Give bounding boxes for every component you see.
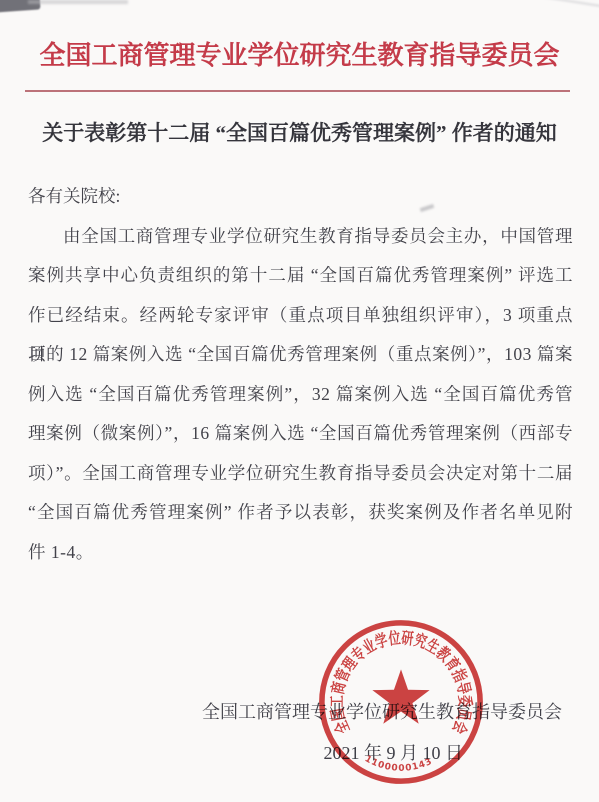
notice-paragraph: 由全国工商管理专业学位研究生教育指导委员会主办，中国管理案例共享中心负责组织的第… (28, 217, 573, 573)
body-text-line: 案例共享中心负责组织的第十二届 “全国百篇优秀管理案例” 评选工 (28, 256, 573, 296)
official-seal: 全国工商管理专业学位研究生教育指导委员会 1100000143 (315, 616, 487, 788)
salutation: 各有关院校: (28, 177, 573, 217)
body-text-line: 件 1-4。 (28, 533, 573, 573)
notice-title: 关于表彰第十二届 “全国百篇优秀管理案例” 作者的通知 (0, 119, 599, 147)
body-text-line: 目的 12 篇案例入选 “全国百篇优秀管理案例（重点案例）”，103 篇案 (28, 335, 573, 375)
body-text-line: 理案例（微案例）”，16 篇案例入选 “全国百篇优秀管理案例（西部专 (28, 414, 573, 454)
body-text-line: 项）”。全国工商管理专业学位研究生教育指导委员会决定对第十二届 (28, 454, 573, 494)
org-header-title: 全国工商管理专业学位研究生教育指导委员会 (0, 36, 599, 76)
scan-artifact-topright (459, 0, 599, 8)
body-text-line: “全国百篇优秀管理案例” 作者予以表彰，获奖案例及作者名单见附 (28, 493, 573, 533)
scan-artifact-streak (28, 0, 128, 4)
seal-graphic: 全国工商管理专业学位研究生教育指导委员会 1100000143 (315, 616, 487, 788)
body-text-line: 作已经结束。经两轮专家评审（重点项目单独组织评审），3 项重点项 (28, 296, 573, 336)
seal-serial-number: 1100000143 (363, 754, 435, 774)
body-text-line: 由全国工商管理专业学位研究生教育指导委员会主办，中国管理 (28, 217, 573, 257)
notice-document: 全国工商管理专业学位研究生教育指导委员会 关于表彰第十二届 “全国百篇优秀管理案… (0, 0, 599, 802)
star-icon (372, 669, 429, 723)
body-text-line: 例入选 “全国百篇优秀管理案例”，32 篇案例入选 “全国百篇优秀管 (28, 375, 573, 415)
notice-body: 各有关院校: 由全国工商管理专业学位研究生教育指导委员会主办，中国管理案例共享中… (28, 177, 573, 572)
header-rule (25, 90, 570, 92)
